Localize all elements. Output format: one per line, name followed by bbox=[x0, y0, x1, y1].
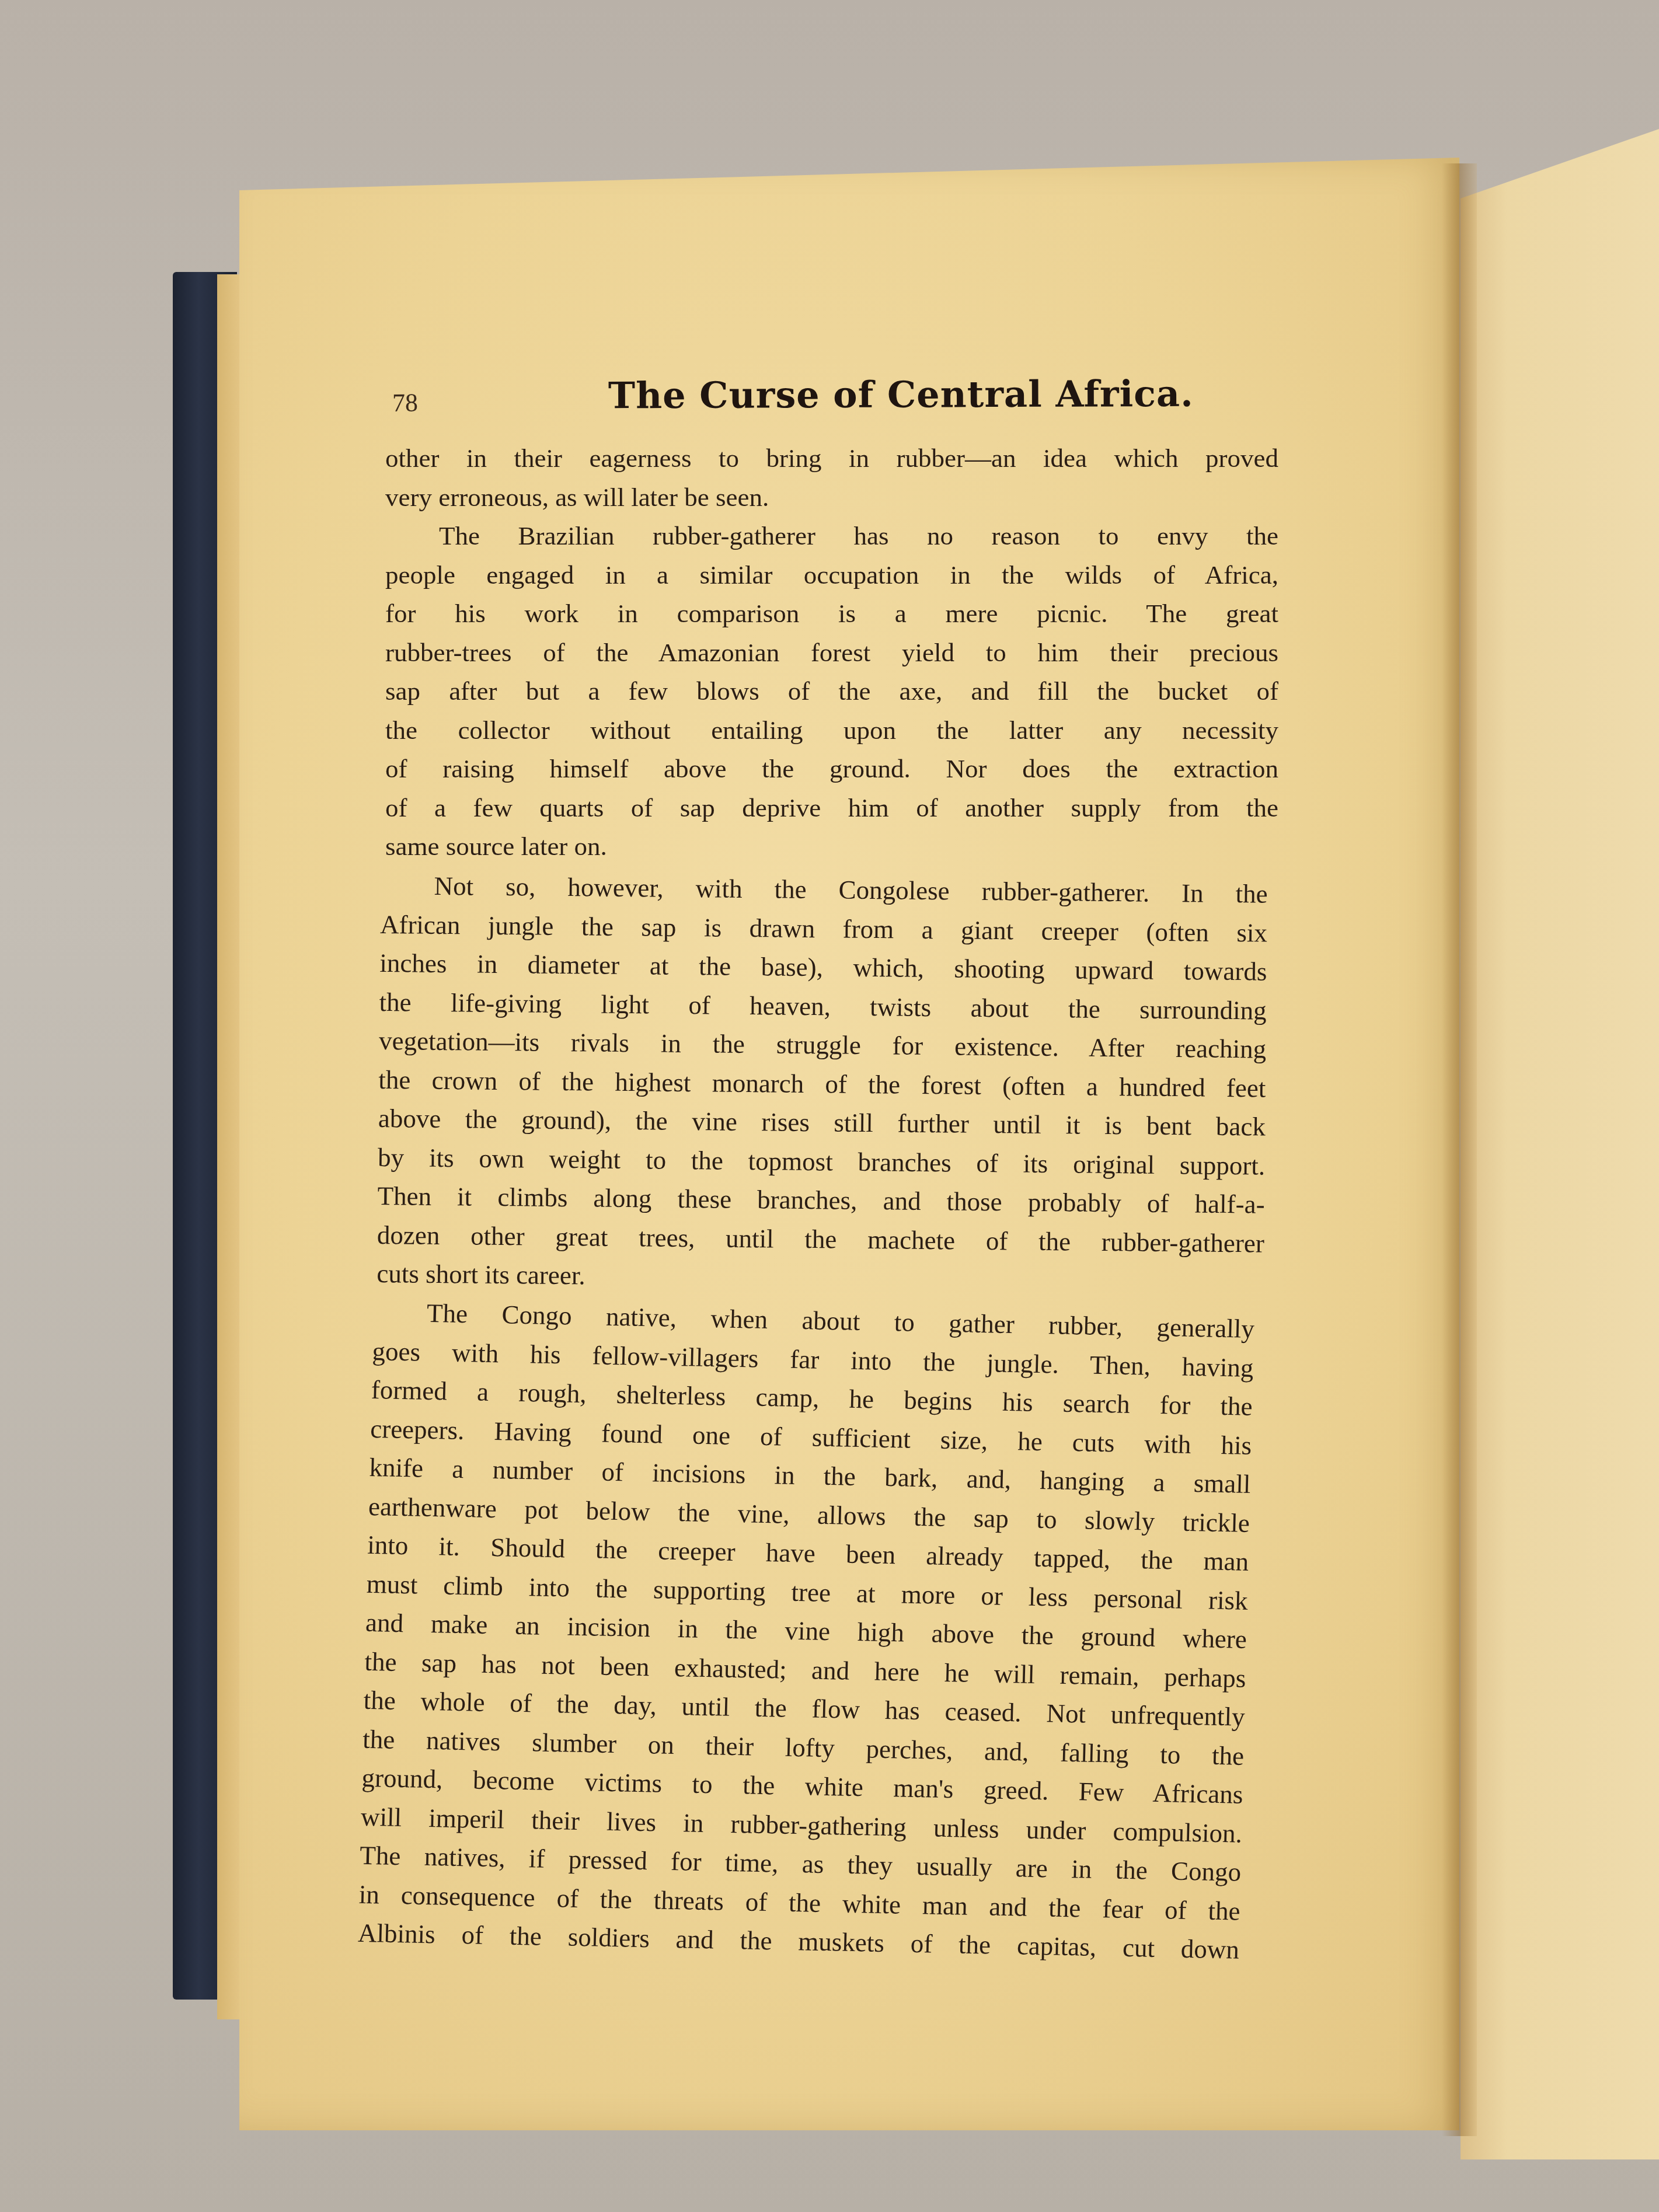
page-gutter-shadow bbox=[1442, 163, 1477, 2136]
text-line: of a few quarts of sap deprive him of an… bbox=[385, 788, 1278, 828]
text-line: The Brazilian rubber-gatherer has no rea… bbox=[385, 517, 1278, 556]
page-number: 78 bbox=[392, 388, 418, 417]
running-title: The Curse of Central Africa. bbox=[608, 372, 1194, 417]
text-line: rubber-trees of the Amazonian forest yie… bbox=[385, 633, 1278, 672]
paragraph-4: The Congo native, when about to gather r… bbox=[357, 1293, 1254, 1969]
running-header: 78 The Curse of Central Africa. bbox=[392, 372, 1280, 421]
text-line: same source later on. bbox=[385, 827, 1278, 866]
text-line: for his work in comparison is a mere pic… bbox=[385, 594, 1278, 633]
text-line: of raising himself above the ground. Nor… bbox=[385, 749, 1278, 788]
text-line: very erroneous, as will later be seen. bbox=[385, 478, 1278, 517]
text-line: other in their eagerness to bring in rub… bbox=[385, 439, 1278, 478]
text-line: sap after but a few blows of the axe, an… bbox=[385, 672, 1278, 711]
text-line: the collector without entailing upon the… bbox=[385, 711, 1278, 750]
body-text: other in their eagerness to bring in rub… bbox=[385, 439, 1278, 1953]
paragraph-2: The Brazilian rubber-gatherer has no rea… bbox=[385, 517, 1278, 866]
paragraph-3: Not so, however, with the Congolese rubb… bbox=[377, 866, 1268, 1302]
text-line: people engaged in a similar occupation i… bbox=[385, 556, 1278, 595]
facing-page-edge bbox=[1461, 117, 1659, 2159]
paragraph-1: other in their eagerness to bring in rub… bbox=[385, 439, 1278, 517]
